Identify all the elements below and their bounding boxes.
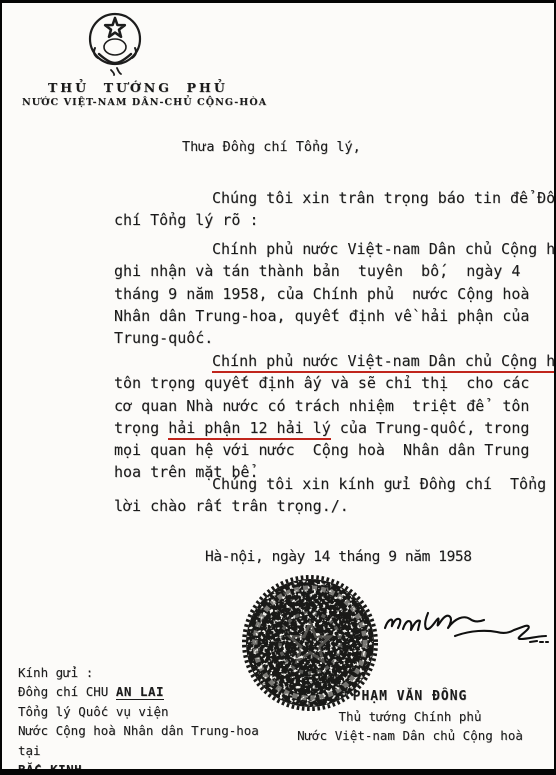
paragraph-line: chí Tổng lý rõ : <box>114 209 538 231</box>
red-underlined-phrase: Chính phủ nước Việt-nam Dân chủ Cộng hoà <box>212 352 556 373</box>
vietnam-national-emblem-icon <box>86 10 144 76</box>
recipient-block: Kính gửi : Đồng chí CHU AN LAI Tổng lý Q… <box>18 663 259 775</box>
line-text: của Trung-quốc, trong <box>331 419 530 437</box>
recipient-title: Tổng lý Quốc vụ viện <box>18 702 259 721</box>
paragraph-line: Nhân dân Trung-hoa, quyết định về hải ph… <box>114 305 538 327</box>
paragraph-line: trọng hải phận 12 hải lý của Trung-quốc,… <box>114 417 538 439</box>
paragraph-line: Trung-quốc. <box>114 327 538 349</box>
paragraph-line: Chúng tôi xin kính gửi Đồng chí Tổng lý <box>114 473 538 495</box>
signer-title: Thủ tướng Chính phủ <box>290 707 530 727</box>
letterhead-country: NƯỚC VIỆT-NAM DÂN-CHỦ CỘNG-HÒA <box>22 97 267 108</box>
red-underlined-phrase: hải phận 12 hải lý <box>168 419 331 440</box>
paragraph-line: Chính phủ nước Việt-nam Dân chủ Cộng hoà <box>114 238 538 260</box>
underlined-name: AN LAI <box>116 684 164 700</box>
recipient-heading: Kính gửi : <box>18 663 259 682</box>
recipient-name-line: Đồng chí CHU AN LAI <box>18 682 259 701</box>
date-line: Hà-nội, ngày 14 tháng 9 năm 1958 <box>205 549 472 565</box>
signature-icon <box>380 598 552 650</box>
paragraph-line: cơ quan Nhà nước có trách nhiệm triệt để… <box>114 395 538 417</box>
recipient-country: Nước Cộng hoà Nhân dân Trung-hoa <box>18 721 259 740</box>
paragraph-1: Chúng tôi xin trân trọng báo tin để Đồng… <box>114 187 538 232</box>
scanned-letter-page: THỦ TƯỚNG PHỦ NƯỚC VIỆT-NAM DÂN-CHỦ CỘNG… <box>0 0 556 775</box>
paragraph-line: Chính phủ nước Việt-nam Dân chủ Cộng hoà <box>114 350 538 372</box>
signer-org: Nước Việt-nam Dân chủ Cộng hoà <box>290 726 530 746</box>
paragraph-3: Chính phủ nước Việt-nam Dân chủ Cộng hoà… <box>114 350 538 484</box>
paragraph-line: Chúng tôi xin trân trọng báo tin để Đồng <box>114 187 538 209</box>
paragraph-line: mọi quan hệ với nước Cộng hoà Nhân dân T… <box>114 439 538 461</box>
recipient-at: tại <box>18 741 259 760</box>
scan-bottom-border <box>2 769 554 775</box>
paragraph-line: ghi nhận và tán thành bản tuyên bố, ngày… <box>114 260 538 282</box>
signer-block: PHẠM VĂN ĐỒNG Thủ tướng Chính phủ Nước V… <box>290 687 530 746</box>
paragraph-line: tháng 9 năm 1958, của Chính phủ nước Cộn… <box>114 283 538 305</box>
paragraph-line: lời chào rất trân trọng./. <box>114 495 538 517</box>
paragraph-line: tôn trọng quyết định ấy và sẽ chỉ thị ch… <box>114 372 538 394</box>
paragraph-2: Chính phủ nước Việt-nam Dân chủ Cộng hoà… <box>114 238 538 349</box>
signer-name: PHẠM VĂN ĐỒNG <box>290 687 530 707</box>
letterhead-office: THỦ TƯỚNG PHỦ <box>48 80 228 95</box>
line-text: Đồng chí CHU <box>18 684 116 699</box>
salutation: Thưa Đồng chí Tổng lý, <box>182 139 361 155</box>
line-text: trọng <box>114 419 168 437</box>
paragraph-4: Chúng tôi xin kính gửi Đồng chí Tổng lý … <box>114 473 538 518</box>
